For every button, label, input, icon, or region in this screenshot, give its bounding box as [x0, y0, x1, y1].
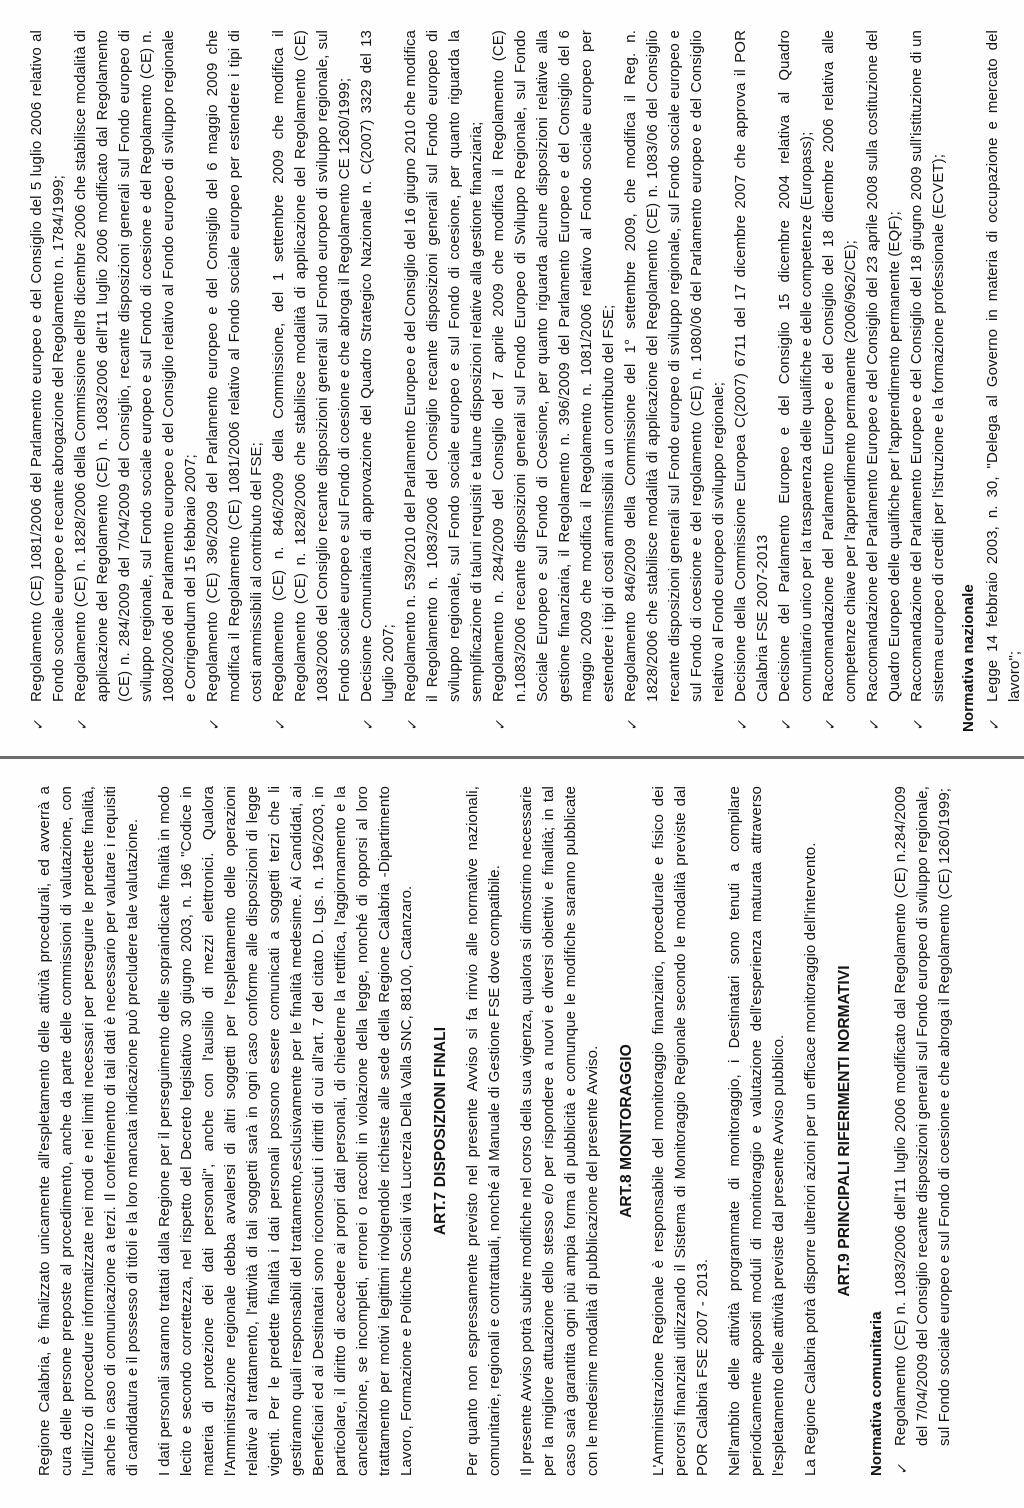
- list-item-text: Regolamento (CE) n. 1083/2006 dell'11 lu…: [892, 786, 953, 1446]
- list-item: ✓ Decisione del Parlamento Europeo e del…: [774, 30, 818, 732]
- list-item-text: Regolamento (CE) 1081/2006 del Parlament…: [28, 30, 67, 702]
- list-item-text: Regolamento 846/2009 della Commissione d…: [622, 30, 727, 702]
- check-icon: ✓: [71, 717, 93, 732]
- right-column: ✓ Regolamento (CE) 1081/2006 del Parlame…: [26, 30, 1024, 732]
- list-item-text: Decisione del Parlamento Europeo e del C…: [776, 30, 815, 702]
- paragraph: La Regione Calabria potrà disporre ulter…: [800, 786, 822, 1476]
- check-icon: ✓: [907, 717, 929, 732]
- list-item: ✓ Decisione della Commissione Europea C(…: [730, 30, 774, 732]
- check-icon: ✓: [731, 717, 753, 732]
- subsection-heading: Normativa comunitaria: [866, 786, 888, 1476]
- scanned-page-background: Regione Calabria, è finalizzato unicamen…: [0, 0, 1024, 1508]
- list-item-text: Regolamento (CE) n. 1828/2006 della Comm…: [72, 30, 199, 702]
- list-item: ✓ Decisione Comunitaria di approvazione …: [356, 30, 400, 732]
- list-item: ✓ Regolamento n. 284/2009 del Consiglio …: [488, 30, 620, 732]
- list-item: ✓ Regolamento n. 539/2010 del Parlamento…: [400, 30, 488, 732]
- list-item-text: Regolamento n. 284/2009 del Consiglio de…: [490, 30, 617, 702]
- list-item-text: Decisione della Commissione Europea C(20…: [732, 30, 771, 702]
- list-item-text: Decisione Comunitaria di approvazione de…: [358, 30, 397, 702]
- list-item: ✓ Regolamento (CE) n. 1828/2006 della Co…: [70, 30, 202, 732]
- paragraph: Il presente Avviso potrà subire modifich…: [516, 786, 604, 1476]
- paragraph: Regione Calabria, è finalizzato unicamen…: [34, 786, 144, 1476]
- list-item-text: Regolamento (CE) n. 846/2009 della Commi…: [270, 30, 353, 702]
- check-icon: ✓: [983, 717, 1005, 732]
- list-item: ✓ Regolamento (CE) 396/2009 del Parlamen…: [202, 30, 268, 732]
- list-item: ✓ Regolamento (CE) n. 1083/2006 dell'11 …: [890, 786, 956, 1476]
- document-sheet: Regione Calabria, è finalizzato unicamen…: [0, 0, 1024, 1508]
- column-divider-line: [0, 756, 1024, 759]
- article-heading: ART.9 PRINCIPALI RIFERIMENTI NORMATIVI: [834, 786, 856, 1476]
- list-item: ✓ Regolamento 846/2009 della Commissione…: [620, 30, 730, 732]
- check-icon: ✓: [621, 717, 643, 732]
- list-item: ✓ Raccomandazione del Parlamento Europeo…: [862, 30, 906, 732]
- subsection-heading: Normativa nazionale: [958, 30, 980, 732]
- check-icon: ✓: [269, 717, 291, 732]
- paragraph: L'Amministrazione Regionale è responsabi…: [648, 786, 714, 1476]
- paragraph: Nell'ambito delle attività programmate d…: [724, 786, 790, 1476]
- check-icon: ✓: [489, 717, 511, 732]
- list-item-text: Legge 14 febbraio 2003, n. 30, "Delega a…: [984, 30, 1023, 702]
- article-heading: ART.8 MONITORAGGIO: [616, 786, 638, 1476]
- list-item: ✓ Regolamento (CE) 1081/2006 del Parlame…: [26, 30, 70, 732]
- check-icon: ✓: [401, 717, 423, 732]
- list-item: ✓ Raccomandazione del Parlamento Europeo…: [818, 30, 862, 732]
- paragraph: I dati personali saranno trattati dalla …: [154, 786, 418, 1476]
- list-item-text: Raccomandazione del Parlamento Europeo e…: [820, 30, 859, 702]
- left-column: Regione Calabria, è finalizzato unicamen…: [34, 786, 956, 1476]
- check-icon: ✓: [27, 717, 49, 732]
- list-item-text: Raccomandazione del Parlamento Europeo e…: [908, 30, 947, 702]
- check-icon: ✓: [863, 717, 885, 732]
- article-heading: ART.7 DISPOSIZIONI FINALI: [430, 786, 452, 1476]
- check-icon: ✓: [203, 717, 225, 732]
- list-item-text: Raccomandazione del Parlamento Europeo e…: [864, 30, 903, 702]
- list-item: ✓ Raccomandazione del Parlamento Europeo…: [906, 30, 950, 732]
- check-icon: ✓: [891, 1461, 913, 1476]
- check-icon: ✓: [819, 717, 841, 732]
- check-icon: ✓: [357, 717, 379, 732]
- list-item-text: Regolamento n. 539/2010 del Parlamento E…: [402, 30, 485, 702]
- list-item-text: Regolamento (CE) 396/2009 del Parlamento…: [204, 30, 265, 702]
- paragraph: Per quanto non espressamente previsto ne…: [462, 786, 506, 1476]
- check-icon: ✓: [775, 717, 797, 732]
- list-item: ✓ Legge 14 febbraio 2003, n. 30, "Delega…: [982, 30, 1024, 732]
- list-item: ✓ Regolamento (CE) n. 846/2009 della Com…: [268, 30, 356, 732]
